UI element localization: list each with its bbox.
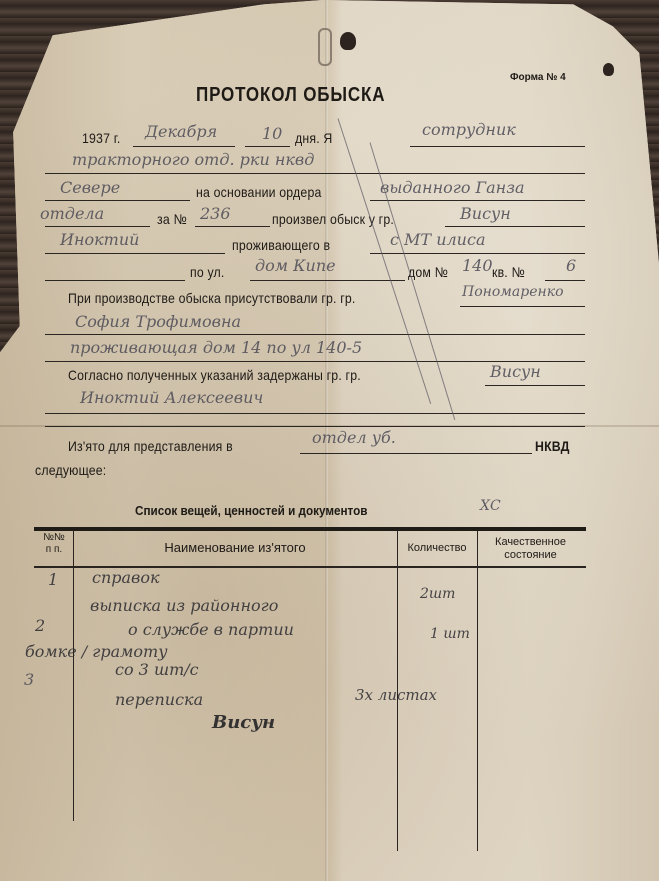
handwritten-present-3: проживающая дом 14 по ул 140-5 [70,338,362,357]
rule [45,226,150,227]
header-num-line2: п п. [36,544,72,556]
handwritten-officer-1: сотрудник [422,120,516,139]
handwritten-order-number: 236 [200,204,231,223]
handwritten-officer-3: Севере [60,178,120,197]
present-label: При производстве обыска присутствовали г… [68,290,356,306]
row-qty: 2шт [420,586,455,602]
row-num: 3 [24,670,34,689]
rule [410,146,585,147]
row-item: выписка из районного [90,596,278,615]
handwritten-searched-name: Иноктий [60,230,139,249]
rule [45,200,190,201]
street-label: по ул. [190,264,225,280]
row-item: переписка [115,690,203,709]
row-num: 2 [35,616,45,635]
document-title: ПРОТОКОЛ ОБЫСКА [196,84,385,107]
header-state-line2: состояние [478,549,583,562]
form-number: Форма № 4 [510,72,566,83]
paperclip-mark [318,28,332,66]
rule [485,385,585,386]
year-label: 1937 г. [82,130,120,146]
rule [45,173,585,174]
table-header-num: №№ п п. [36,532,72,556]
rule [195,226,270,227]
table-top-border [34,527,586,531]
handwritten-present-2: София Трофимовна [75,312,241,331]
handwritten-day: 10 [262,124,282,143]
row-num: 1 [48,570,58,589]
rule [545,280,585,281]
residing-label: проживающего в [232,237,330,253]
rule [245,146,290,147]
order-label: на основании ордера [196,184,322,200]
handwritten-house-no: 140 [462,256,493,275]
punch-hole [603,63,614,76]
rule [133,146,235,147]
house-label: дом № [408,264,448,280]
handwritten-xc-mark: ХС [480,498,501,514]
handwritten-order-dept: отдела [40,204,104,223]
detained-label: Согласно полученных указаний задержаны г… [68,367,361,383]
handwritten-detained-1: Висун [490,362,541,381]
row-item: справок [92,568,160,587]
handwritten-detained-2: Иноктий Алексеевич [80,388,263,407]
rule [250,280,405,281]
handwritten-seized-to: отдел уб. [312,428,396,447]
number-label: за № [157,211,187,227]
row-item: о службе в партии [128,620,294,639]
handwritten-officer-2: тракторного отд. рки нквд [72,150,314,169]
signature: Висун [212,712,275,733]
following-label: следующее: [35,462,106,478]
rule [45,413,585,414]
seized-label: Из'ято для представления в [68,438,233,454]
row-qty: 1 шт [430,626,470,642]
nkvd-label: НКВД [535,438,570,454]
table-header-state: Качественное состояние [478,536,583,562]
rule [45,280,185,281]
table-header-name: Наименование из'ятого [75,540,395,555]
handwritten-order-issuer: выданного Ганза [380,178,524,197]
list-title: Список вещей, ценностей и документов [135,503,367,518]
rule [370,200,585,201]
handwritten-residence: с МТ илиса [390,230,485,249]
apt-label: кв. № [492,264,525,280]
row-qty: 3х листах [355,686,437,704]
header-num-line1: №№ [36,532,72,544]
handwritten-street: дом Кипе [255,256,336,275]
table-header-qty: Количество [398,542,476,554]
day-label: дня. Я [295,130,332,146]
handwritten-searched-surname: Висун [460,204,511,223]
table-col-divider [73,531,74,821]
rule [370,253,585,254]
row-item: бомке / грамоту [25,642,167,661]
table-col-divider [477,531,478,851]
rule [460,306,585,307]
searched-label: произвел обыск у гр. [272,211,394,227]
handwritten-month: Декабря [145,122,217,141]
handwritten-present-1: Пономаренко [462,284,564,300]
rule [45,253,225,254]
rule [445,226,585,227]
row-item: со 3 шт/с [115,660,199,679]
rule [45,426,585,427]
header-state-line1: Качественное [478,536,583,549]
punch-hole [340,32,356,50]
rule [300,453,532,454]
handwritten-apt-no: 6 [566,256,576,275]
rule [45,334,585,335]
